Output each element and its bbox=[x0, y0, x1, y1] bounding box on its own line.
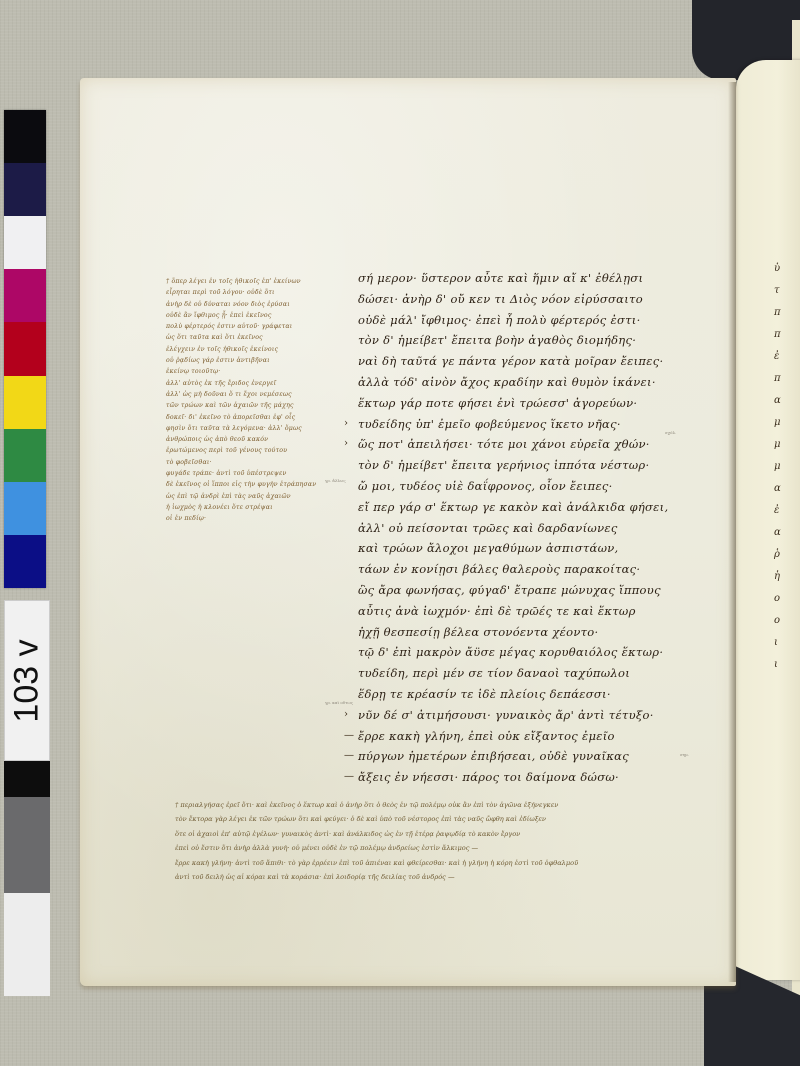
interlinear-note: γρ. καὶ οὕτως bbox=[325, 700, 365, 706]
line-text: ὣς ἄρα φωνήσας, φύγαδ' ἔτραπε μώνυχας ἵπ… bbox=[358, 583, 661, 597]
text-line: τὸν δ' ἠμείβετ' ἔπειτα γερήνιος ἱππότα ν… bbox=[358, 455, 698, 476]
greyscale-strip: 103 v bbox=[4, 600, 50, 996]
gloss-line: ἀνὴρ δὲ οὐ δύναται νόον διὸς ἐρύσαι bbox=[166, 299, 316, 310]
bottom-gloss-line: ἐπεὶ οὐ ἔστιν ὅτι ἀνὴρ ἀλλὰ γυνὴ· οὐ μέν… bbox=[175, 841, 680, 855]
text-line: δώσει· ἀνὴρ δ' οὔ κεν τι Διὸς νόον εἰρύσ… bbox=[358, 289, 698, 310]
folio-gutter-shadow bbox=[728, 82, 736, 982]
left-marginal-gloss: † ὅπερ λέγει ἐν τοῖς ἠθικοῖς ἐπ' ἐκείνων… bbox=[166, 276, 316, 525]
line-marker: — bbox=[344, 767, 354, 788]
line-marker: › bbox=[344, 705, 348, 726]
gloss-line: οὐ ῥᾳδίως γάρ ἐστιν ἀντιβῆναι bbox=[166, 355, 316, 366]
color-calibration-strip bbox=[4, 110, 46, 588]
gloss-line: τὸ φοβεῖσθαι· bbox=[166, 457, 316, 468]
margin-letter: ὑ bbox=[774, 258, 788, 280]
line-text: ἀλλὰ τόδ' αἰνὸν ἄχος κραδίην καὶ θυμὸν ἱ… bbox=[358, 375, 656, 389]
text-line: ἕκτωρ γάρ ποτε φήσει ἐνὶ τρώεσσ' ἀγορεύω… bbox=[358, 393, 698, 414]
line-text: ναὶ δὴ ταῦτά γε πάντα γέρον κατὰ μοῖραν … bbox=[358, 354, 663, 368]
margin-letter: ο bbox=[774, 588, 788, 610]
gloss-line: δὲ ἐκεῖνος οἱ ἵπποι εἰς τὴν φυγὴν ἐτράπη… bbox=[166, 479, 316, 490]
text-line: ›ὥς ποτ' ἀπειλήσει· τότε μοι χάνοι εὐρεῖ… bbox=[358, 434, 698, 455]
gloss-line: πολὺ φέρτερός ἐστιν αὐτοῦ· γράφεται bbox=[166, 321, 316, 332]
color-swatch bbox=[4, 269, 46, 322]
gloss-line: φυγάδε τράπε· ἀντὶ τοῦ ὑπέστρεψεν bbox=[166, 468, 316, 479]
text-line: τὸν δ' ἠμείβετ' ἔπειτα βοὴν ἀγαθὸς διομή… bbox=[358, 330, 698, 351]
margin-letter: α bbox=[774, 478, 788, 500]
bottom-gloss-line: ἀντὶ τοῦ δειλὴ ὡς αἱ κόραι καὶ τὰ κοράσι… bbox=[175, 870, 680, 884]
gloss-line: εἶρηται περὶ τοῦ λόγου· οὐδὲ ὅτι bbox=[166, 287, 316, 298]
line-text: εἴ περ γάρ σ' ἕκτωρ γε κακὸν καὶ ἀνάλκιδ… bbox=[358, 500, 668, 514]
bottom-gloss-line: † περιαλγήσας ἐρεῖ ὅτι· καὶ ἐκεῖνος ὁ ἕκ… bbox=[175, 798, 680, 812]
gloss-line: ὡς ὅτι ταῦτα καὶ ὅτι ἐκεῖνος bbox=[166, 332, 316, 343]
line-marker: — bbox=[344, 726, 354, 747]
line-text: τυδείδη, περὶ μέν σε τίον δαναοὶ ταχύπωλ… bbox=[358, 666, 630, 680]
text-line: αὖτις ἀνὰ ἰωχμόν· ἐπὶ δὲ τρῶές τε καὶ ἕκ… bbox=[358, 601, 698, 622]
gloss-line: δοκεῖ· δι' ἐκεῖνο τὸ ἀπορεῖσθαι ἐφ' οἷς bbox=[166, 412, 316, 423]
line-text: τὸν δ' ἠμείβετ' ἔπειτα βοὴν ἀγαθὸς διομή… bbox=[358, 333, 636, 347]
gloss-line: ἐκείνῳ τοιοῦτῳ· bbox=[166, 366, 316, 377]
bottom-gloss-line: ὅτε οἱ ἀχαιοὶ ἐπ' αὐτῷ ἐγέλων· γυναικὸς … bbox=[175, 827, 680, 841]
margin-letter: α bbox=[774, 522, 788, 544]
text-line: ναὶ δὴ ταῦτά γε πάντα γέρον κατὰ μοῖραν … bbox=[358, 351, 698, 372]
grey-white-patch bbox=[4, 893, 50, 996]
folio-label-card: 103 v bbox=[4, 600, 50, 761]
margin-letter: ἐ bbox=[774, 500, 788, 522]
text-line: ›νῦν δέ σ' ἀτιμήσουσι· γυναικὸς ἄρ' ἀντὶ… bbox=[358, 705, 698, 726]
line-text: τὸν δ' ἠμείβετ' ἔπειτα γερήνιος ἱππότα ν… bbox=[358, 458, 649, 472]
bottom-gloss-line: ἔρρε κακὴ γλήνη· ἀντὶ τοῦ ἄπιθι· τὸ γὰρ … bbox=[175, 856, 680, 870]
gloss-line: φησὶν ὅτι ταῦτα τὰ λεγόμενα· ἀλλ' ὅμως bbox=[166, 423, 316, 434]
line-text: τυδείδης ὑπ' ἐμεῖο φοβεύμενος ἵκετο νῆας… bbox=[358, 417, 621, 431]
text-line: ›τυδείδης ὑπ' ἐμεῖο φοβεύμενος ἵκετο νῆα… bbox=[358, 414, 698, 435]
gloss-line: ὡς ἐπὶ τῷ ἀνδρὶ ἐπὶ τὰς ναῦς ἀχαιῶν bbox=[166, 491, 316, 502]
gloss-line: ἀλλ' αὐτὸς ἐκ τῆς ἔριδος ἐνεργεῖ bbox=[166, 378, 316, 389]
margin-letter: α bbox=[774, 390, 788, 412]
line-text: ἠχῇ θεσπεσίῃ βέλεα στονόεντα χέοντο· bbox=[358, 625, 598, 639]
margin-letter: π bbox=[774, 324, 788, 346]
line-text: αὖτις ἀνὰ ἰωχμόν· ἐπὶ δὲ τρῶές τε καὶ ἕκ… bbox=[358, 604, 636, 618]
next-page-recto bbox=[736, 60, 800, 980]
line-text: σή μερον· ὕστερον αὖτε καὶ ἥμιν αἴ κ' ἐθ… bbox=[358, 271, 643, 285]
margin-letter: μ bbox=[774, 412, 788, 434]
text-line: ὣς ἄρα φωνήσας, φύγαδ' ἔτραπε μώνυχας ἵπ… bbox=[358, 580, 698, 601]
color-swatch bbox=[4, 163, 46, 216]
line-text: τῷ δ' ἐπὶ μακρὸν ἄϋσε μέγας κορυθαιόλος … bbox=[358, 645, 663, 659]
gloss-line: ἀλλ' ὡς μὴ δοῦναι ὅ τι ἔχοι νεμέσεως bbox=[166, 389, 316, 400]
interlinear-note: σχόλ. bbox=[665, 430, 705, 436]
line-text: πύργων ἡμετέρων ἐπιβήσεαι, οὐδὲ γυναῖκας bbox=[358, 749, 629, 763]
gloss-line: ἐλέγχειν ἐν τοῖς ἠθικοῖς ἐκείνοις bbox=[166, 344, 316, 355]
interlinear-note: γρ. ἄλλως bbox=[325, 478, 365, 484]
text-line: τάων ἐν κονίῃσι βάλες θαλεροὺς παρακοίτα… bbox=[358, 559, 698, 580]
text-line: —πύργων ἡμετέρων ἐπιβήσεαι, οὐδὲ γυναῖκα… bbox=[358, 746, 698, 767]
line-text: ὥς ποτ' ἀπειλήσει· τότε μοι χάνοι εὐρεῖα… bbox=[358, 437, 650, 451]
line-text: ἕκτωρ γάρ ποτε φήσει ἐνὶ τρώεσσ' ἀγορεύω… bbox=[358, 396, 637, 410]
bottom-gloss-line: τὸν ἕκτορα γὰρ λέγει ἐκ τῶν τρώων ὅτι κα… bbox=[175, 812, 680, 826]
line-text: ἕδρῃ τε κρέασίν τε ἰδὲ πλείοις δεπάεσσι· bbox=[358, 687, 611, 701]
line-text: τάων ἐν κονίῃσι βάλες θαλεροὺς παρακοίτα… bbox=[358, 562, 640, 576]
margin-letter: μ bbox=[774, 456, 788, 478]
text-line: τῷ δ' ἐπὶ μακρὸν ἄϋσε μέγας κορυθαιόλος … bbox=[358, 642, 698, 663]
margin-letter: ι bbox=[774, 654, 788, 676]
margin-letter: π bbox=[774, 302, 788, 324]
line-marker: › bbox=[344, 414, 348, 435]
text-line: τυδείδη, περὶ μέν σε τίον δαναοὶ ταχύπωλ… bbox=[358, 663, 698, 684]
text-line: —ἄξεις ἐν νήεσσι· πάρος τοι δαίμονα δώσω… bbox=[358, 767, 698, 788]
line-marker: › bbox=[344, 434, 348, 455]
margin-letter: ι bbox=[774, 632, 788, 654]
color-swatch bbox=[4, 216, 46, 269]
gloss-line: ἀνθρώποις ὡς ἀπὸ θεοῦ κακόν bbox=[166, 434, 316, 445]
margin-letter: μ bbox=[774, 434, 788, 456]
line-text: οὐδὲ μάλ' ἴφθιμος· ἐπεὶ ἦ πολὺ φέρτερός … bbox=[358, 313, 641, 327]
text-line: ἀλλ' οὐ πείσονται τρῶες καὶ δαρδανίωνες bbox=[358, 518, 698, 539]
text-line: εἴ περ γάρ σ' ἕκτωρ γε κακὸν καὶ ἀνάλκιδ… bbox=[358, 497, 698, 518]
text-line: ἠχῇ θεσπεσίῃ βέλεα στονόεντα χέοντο· bbox=[358, 622, 698, 643]
margin-letter: ῥ bbox=[774, 544, 788, 566]
margin-letter: τ bbox=[774, 280, 788, 302]
margin-letter: π bbox=[774, 368, 788, 390]
text-line: ἀλλὰ τόδ' αἰνὸν ἄχος κραδίην καὶ θυμὸν ἱ… bbox=[358, 372, 698, 393]
color-swatch bbox=[4, 110, 46, 163]
color-swatch bbox=[4, 429, 46, 482]
color-swatch bbox=[4, 376, 46, 429]
grey-mid-patch bbox=[4, 797, 50, 893]
text-line: ἕδρῃ τε κρέασίν τε ἰδὲ πλείοις δεπάεσσι· bbox=[358, 684, 698, 705]
text-line: σή μερον· ὕστερον αὖτε καὶ ἥμιν αἴ κ' ἐθ… bbox=[358, 268, 698, 289]
line-text: ἔρρε κακὴ γλήνη, ἐπεὶ οὐκ εἴξαντος ἐμεῖο bbox=[358, 729, 615, 743]
gloss-line: οἱ ἐν πεδίῳ· bbox=[166, 513, 316, 524]
interlinear-note: σημ. bbox=[680, 752, 720, 758]
gloss-line: οὐδὲ ἂν ἴφθιμος ᾖ· ἐπεὶ ἐκεῖνος bbox=[166, 310, 316, 321]
line-text: ἄξεις ἐν νήεσσι· πάρος τοι δαίμονα δώσω· bbox=[358, 770, 619, 784]
gloss-line: ἡ ἰωχμὸς ἡ κλονέει ὅτε στρέψαι bbox=[166, 502, 316, 513]
text-line: ὤ μοι, τυδέος υἱὲ δαΐφρονος, οἷον ἔειπες… bbox=[358, 476, 698, 497]
line-text: ἀλλ' οὐ πείσονται τρῶες καὶ δαρδανίωνες bbox=[358, 521, 618, 535]
grey-black-patch bbox=[4, 761, 50, 797]
color-swatch bbox=[4, 535, 46, 588]
line-text: δώσει· ἀνὴρ δ' οὔ κεν τι Διὸς νόον εἰρύσ… bbox=[358, 292, 643, 306]
margin-letter: ἐ bbox=[774, 346, 788, 368]
margin-letter: ο bbox=[774, 610, 788, 632]
gloss-line: ἐρωτώμενος περὶ τοῦ γένους τούτου bbox=[166, 445, 316, 456]
line-text: νῦν δέ σ' ἀτιμήσουσι· γυναικὸς ἄρ' ἀντὶ … bbox=[358, 708, 654, 722]
text-line: οὐδὲ μάλ' ἴφθιμος· ἐπεὶ ἦ πολὺ φέρτερός … bbox=[358, 310, 698, 331]
line-marker: — bbox=[344, 746, 354, 767]
color-swatch bbox=[4, 322, 46, 375]
line-text: ὤ μοι, τυδέος υἱὲ δαΐφρονος, οἷον ἔειπες… bbox=[358, 479, 613, 493]
text-line: καὶ τρώων ἄλοχοι μεγαθύμων ἀσπιστάων, bbox=[358, 538, 698, 559]
folio-number: 103 v bbox=[8, 639, 47, 722]
line-text: καὶ τρώων ἄλοχοι μεγαθύμων ἀσπιστάων, bbox=[358, 541, 619, 555]
gloss-line: † ὅπερ λέγει ἐν τοῖς ἠθικοῖς ἐπ' ἐκείνων bbox=[166, 276, 316, 287]
gloss-line: τῶν τρώων καὶ τῶν ἀχαιῶν τῆς μάχης bbox=[166, 400, 316, 411]
bottom-marginal-gloss: † περιαλγήσας ἐρεῖ ὅτι· καὶ ἐκεῖνος ὁ ἕκ… bbox=[175, 798, 680, 884]
main-text-block: σή μερον· ὕστερον αὖτε καὶ ἥμιν αἴ κ' ἐθ… bbox=[358, 268, 698, 788]
text-line: —ἔρρε κακὴ γλήνη, ἐπεὶ οὐκ εἴξαντος ἐμεῖ… bbox=[358, 726, 698, 747]
color-swatch bbox=[4, 482, 46, 535]
margin-letter: ἡ bbox=[774, 566, 788, 588]
next-page-margin-text: ὑτππἐπαμμμαἐαῥἡοοιι bbox=[774, 258, 788, 676]
